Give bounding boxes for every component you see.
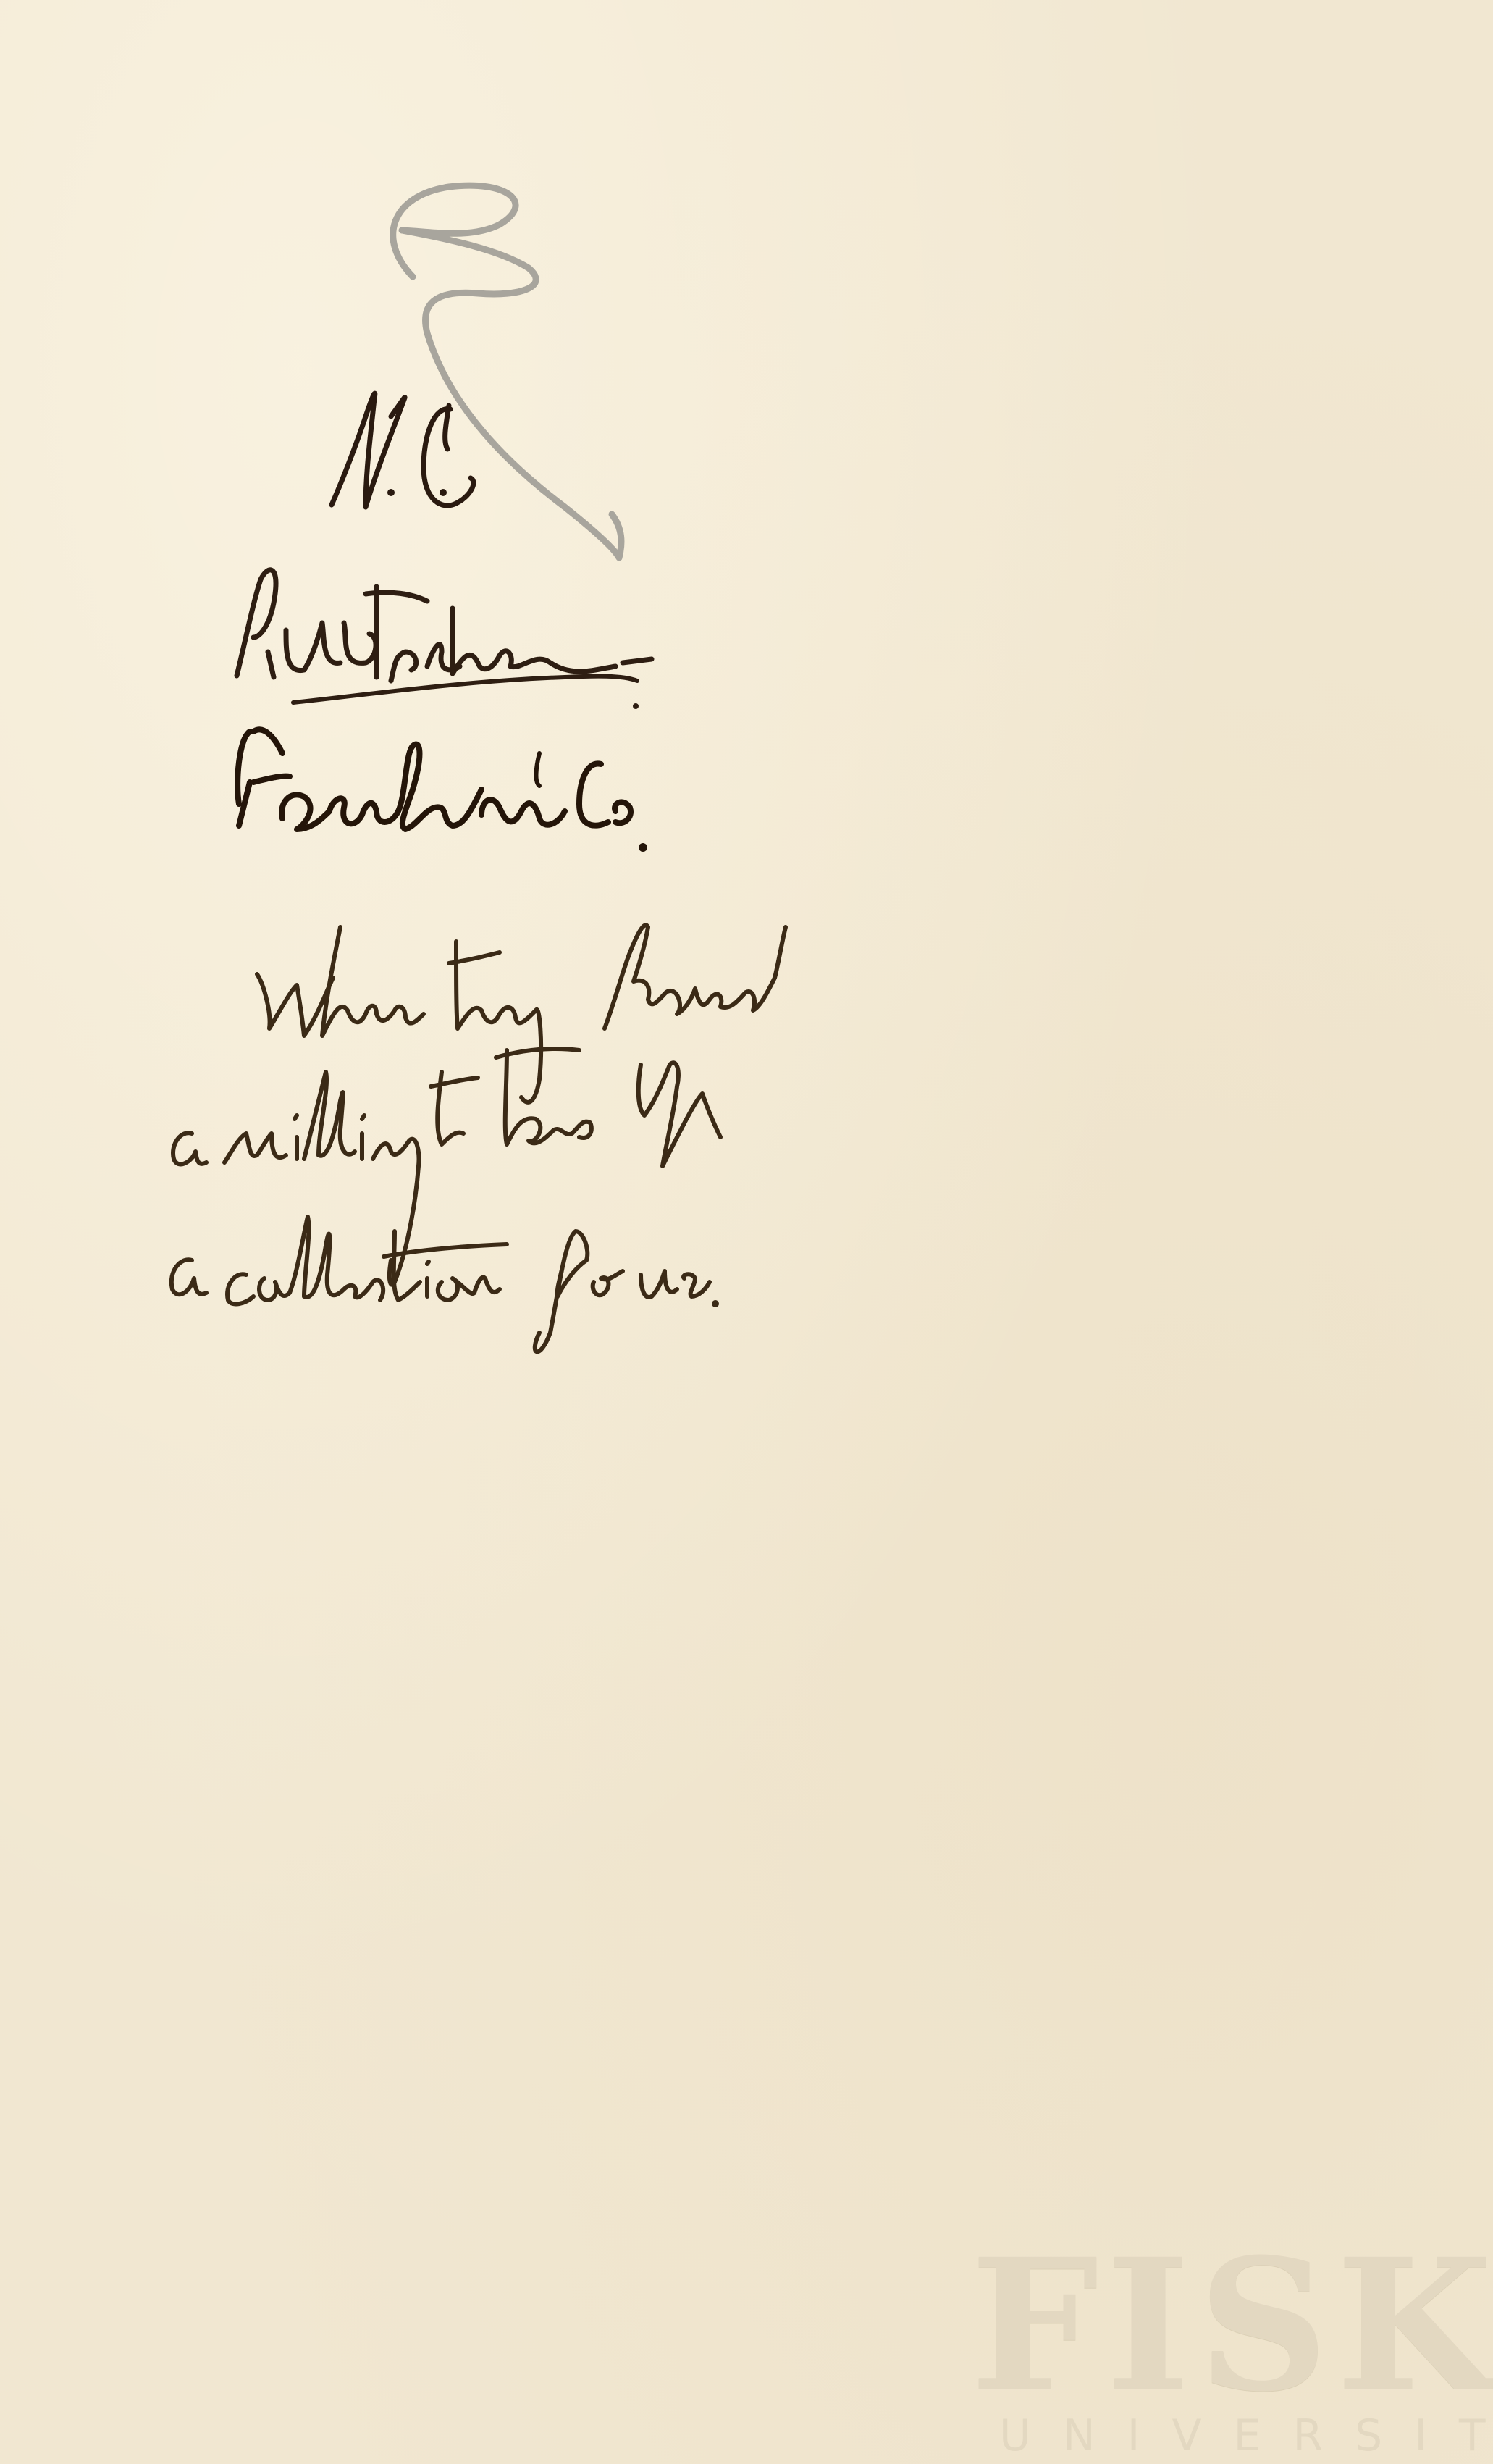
ink-line-pilot-school <box>237 570 652 709</box>
pencil-squiggle-mark <box>393 185 621 558</box>
ink-line-nc <box>332 393 474 507</box>
watermark-subtitle: UNIVERSITY <box>970 2410 1484 2461</box>
underline <box>293 676 637 703</box>
fisk-university-watermark: FISK UNIVERSITY <box>970 2245 1484 2463</box>
watermark-title: FISK <box>970 2245 1484 2405</box>
document-page: N. C. Pilot school Franklin Co. Where th… <box>0 0 1493 2464</box>
ink-line-franklin-co <box>237 729 647 852</box>
handwriting-canvas <box>0 0 1493 2464</box>
ink-line-a-collection-for-us <box>172 1217 719 1352</box>
ink-line-where-they-showed <box>257 925 786 1102</box>
